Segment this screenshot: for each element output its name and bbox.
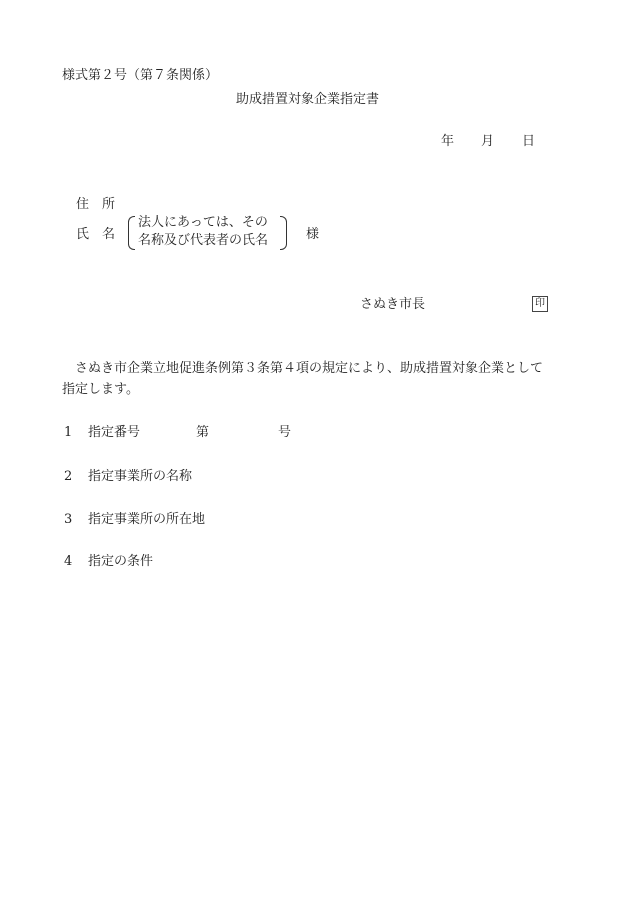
item-1-number: 1 — [64, 425, 72, 441]
body-line-1: さぬき市企業立地促進条例第３条第４項の規定により、助成措置対象企業として — [62, 361, 543, 377]
item-3-label: 指定事業所の所在地 — [88, 512, 205, 528]
item-4-label: 指定の条件 — [88, 554, 153, 570]
document-title: 助成措置対象企業指定書 — [236, 92, 379, 108]
item-1-go: 号 — [278, 425, 291, 441]
seal-icon: 印 — [532, 296, 548, 312]
item-1-dai: 第 — [196, 425, 209, 441]
item-2-number: 2 — [64, 469, 72, 485]
date-year: 年 — [441, 134, 454, 150]
date-day: 日 — [522, 134, 535, 150]
name-label: 氏 名 — [76, 227, 115, 243]
address-label: 住 所 — [76, 197, 115, 213]
item-3-number: 3 — [64, 512, 72, 528]
item-1-label: 指定番号 — [88, 425, 140, 441]
date-month: 月 — [481, 134, 494, 150]
issuer-name: さぬき市長 — [360, 297, 425, 313]
form-label: 様式第２号（第７条関係） — [62, 68, 218, 84]
right-bracket — [280, 216, 287, 250]
bracket-line-1: 法人にあっては、その — [138, 214, 268, 232]
item-2-label: 指定事業所の名称 — [88, 469, 192, 485]
bracket-line-2: 名称及び代表者の氏名 — [138, 232, 268, 250]
honorific: 様 — [306, 227, 319, 243]
item-4-number: 4 — [64, 554, 72, 570]
left-bracket — [128, 216, 135, 250]
body-line-2: 指定します。 — [62, 382, 139, 398]
